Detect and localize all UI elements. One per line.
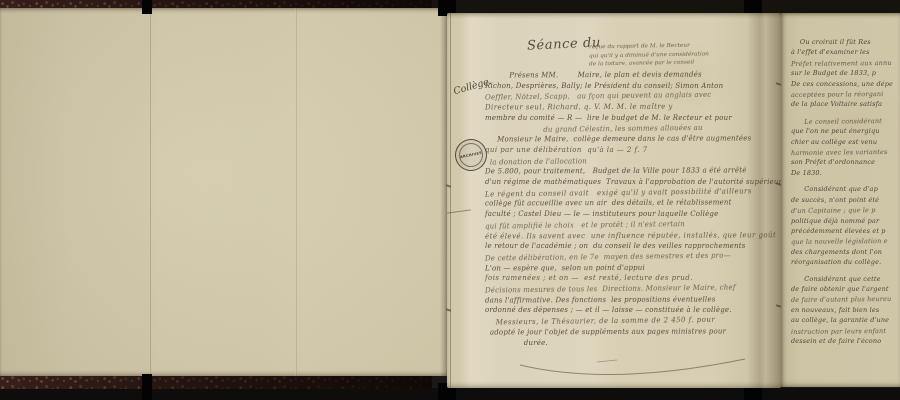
manuscript-page: Séance du reçue du rapport de M. le Rect… (447, 13, 781, 388)
handwritten-line: en nouveaux, fait bien les (791, 305, 900, 315)
handwritten-line: Monsieur le Maire, collège demeure dans … (485, 134, 749, 146)
handwritten-line: précédemment élevées et p (791, 226, 900, 236)
handwritten-line: de succès, n'ont point été (791, 195, 900, 205)
archives-stamp-label: ARCHIVES (460, 151, 483, 160)
book-cover-marbled-edge-bottom (0, 375, 432, 389)
handwritten-line: Directeur seul, Richard, q. V. M. M. le … (485, 102, 749, 114)
handwritten-line: politique déjà nommé par (791, 216, 900, 226)
background-shadow-top (432, 0, 900, 14)
handwritten-line: De ces concessions, une dépe (791, 79, 900, 89)
handwritten-line: de la place Voltaire satisfa (791, 99, 900, 109)
blank-flyleaf-pages (0, 8, 447, 376)
handwritten-line: collège fût accueillie avec un air des d… (485, 198, 749, 210)
handwritten-line: durée. (485, 338, 749, 349)
archival-photo-canvas: Séance du reçue du rapport de M. le Rect… (0, 0, 900, 400)
handwritten-line: L'on — espère que, selon un point d'appu… (485, 262, 749, 274)
handwritten-line: Présens MM. Maire, le plan et devis dema… (485, 69, 749, 81)
gutter-crease (747, 13, 781, 388)
manuscript-body-text: Présens MM. Maire, le plan et devis dema… (485, 70, 749, 348)
handwritten-line: réorganisation du collège. (791, 257, 900, 267)
stitch-thread (446, 184, 451, 187)
page-fold-seam (149, 8, 151, 376)
handwritten-line: au collège, la garantie d'une (791, 315, 900, 325)
facing-manuscript-page: Ou croirait il fût Resà l'effet d'examin… (781, 13, 900, 387)
handwritten-line: son Préfet d'ordonnance (791, 157, 900, 167)
handwritten-line (791, 110, 900, 116)
handwritten-line: de la toiture, avancée par le conseil (589, 58, 759, 70)
handwritten-line: que l'on ne peut énergiqu (791, 126, 900, 136)
handwritten-line: à l'effet d'examiner les (791, 47, 900, 57)
scan-gap (142, 0, 152, 14)
handwritten-line: adopté le jour l'objet de suppléments au… (485, 326, 749, 338)
binding-stitch-line (450, 13, 451, 388)
page-fold-seam (295, 8, 297, 376)
handwritten-line: De 1830. (791, 168, 900, 178)
scan-gap (142, 374, 152, 400)
archives-stamp-ring: ARCHIVES (457, 141, 485, 169)
handwritten-line: des chargements dont l'on (791, 247, 900, 257)
facing-page-text: Ou croirait il fût Resà l'effet d'examin… (791, 37, 900, 346)
handwritten-line: Ou croirait il fût Res (791, 37, 900, 47)
scan-gap (744, 0, 762, 14)
handwritten-line: chier au collège est venu (791, 137, 900, 147)
handwritten-line: Considérant que d'ap (791, 184, 900, 194)
header-marginal-notes: reçue du rapport de M. le Recteurqui qu'… (589, 42, 759, 68)
handwritten-line: de faire obtenir que l'argent (791, 284, 900, 294)
handwritten-line: dans l'affirmative. Des fonctions les pr… (485, 294, 749, 306)
stitch-thread (446, 308, 451, 311)
handwritten-line: Considérant que cette (791, 274, 900, 284)
handwritten-line: été élevé. Ils savent avec une influence… (485, 230, 749, 242)
handwritten-line: De 5.800, pour traitement, Budget de la … (485, 166, 749, 178)
handwritten-line: sur le Budget de 1833, p (791, 68, 900, 78)
handwritten-line: dessein et de faire l'écono (791, 336, 900, 346)
